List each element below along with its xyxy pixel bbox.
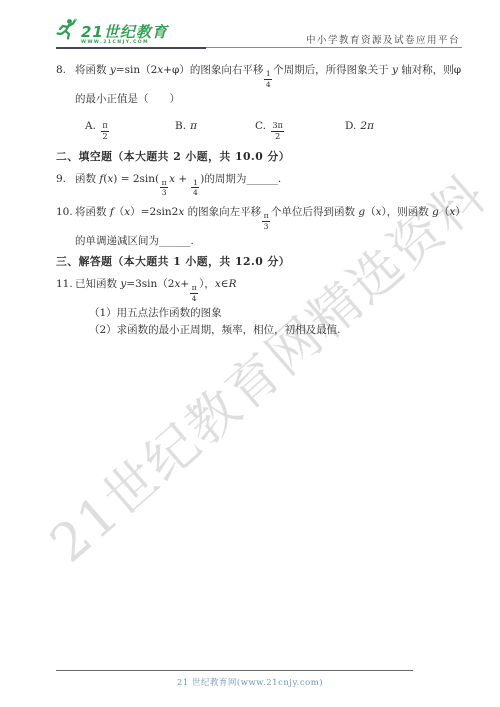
question-8: 8. 将函数 y=sin（2x+φ）的图象向右平移14个周期后，所得图象关于 y… xyxy=(56,60,464,109)
question-text: 已知函数 y=3sin（2x+π4），x∈R xyxy=(75,274,464,303)
question-9: 9. 函数 f(x) = 2sin(π3x + 14)的周期为______. xyxy=(56,169,464,198)
option-label: B. xyxy=(175,115,186,137)
option-value: 2π xyxy=(360,115,374,137)
page-header: 21世纪教育 WWW.21CNJY.COM 中小学教育资源及试卷应用平台 xyxy=(56,14,462,48)
option-a: A. π2 xyxy=(85,110,175,142)
option-value: π xyxy=(190,115,197,137)
option-value: π2 xyxy=(100,110,110,142)
option-label: C. xyxy=(255,115,266,137)
section-title-answer: 三、解答题（本大题共 1 小题，共 12.0 分） xyxy=(56,253,464,271)
option-b: B. π xyxy=(175,115,255,137)
option-label: A. xyxy=(85,115,96,137)
question-number: 9. xyxy=(56,169,75,189)
question-11: 11. 已知函数 y=3sin（2x+π4），x∈R xyxy=(56,274,464,303)
question-11-part-2: （2）求函数的最小正周期，频率，相位，初相及最值. xyxy=(56,322,464,339)
option-label: D. xyxy=(345,115,356,137)
footer-divider xyxy=(56,670,413,671)
option-d: D. 2π xyxy=(345,115,464,137)
runner-icon xyxy=(56,17,78,45)
question-text: 函数 f(x) = 2sin(π3x + 14)的周期为______. xyxy=(75,169,464,198)
question-10: 10. 将函数 f（x）=2sin2x 的图象向左平移π3个单位后得到函数 g（… xyxy=(56,202,464,251)
option-c: C. 3π2 xyxy=(255,110,345,142)
question-number: 8. xyxy=(56,60,75,80)
footer-site-link: 21 世纪教育网(www.21cnjy.com) xyxy=(0,676,500,688)
logo-text: 21世纪教育 WWW.21CNJY.COM xyxy=(81,25,168,46)
exam-content: 8. 将函数 y=sin（2x+φ）的图象向右平移14个周期后，所得图象关于 y… xyxy=(56,60,464,338)
document-page: 21世纪教育网精选资料 21世纪教育 WWW.21 xyxy=(0,0,500,707)
question-8-options: A. π2 B. π C. 3π2 D. 2π xyxy=(75,110,464,142)
question-11-part-1: （1）用五点法作函数的图象 xyxy=(56,305,464,322)
question-text: 将函数 y=sin（2x+φ）的图象向右平移14个周期后，所得图象关于 y 轴对… xyxy=(75,60,464,109)
brand-logo: 21世纪教育 WWW.21CNJY.COM xyxy=(56,17,206,49)
option-value: 3π2 xyxy=(270,110,285,142)
question-number: 11. xyxy=(56,274,75,294)
question-text: 将函数 f（x）=2sin2x 的图象向左平移π3个单位后得到函数 g（x），则… xyxy=(75,202,464,251)
platform-tagline: 中小学教育资源及试卷应用平台 xyxy=(306,32,460,46)
question-number: 10. xyxy=(56,202,75,222)
section-title-fill-blank: 二、填空题（本大题共 2 小题，共 10.0 分） xyxy=(56,148,464,166)
brand-name: 21世纪教育 xyxy=(81,25,168,40)
brand-url: WWW.21CNJY.COM xyxy=(81,41,168,46)
